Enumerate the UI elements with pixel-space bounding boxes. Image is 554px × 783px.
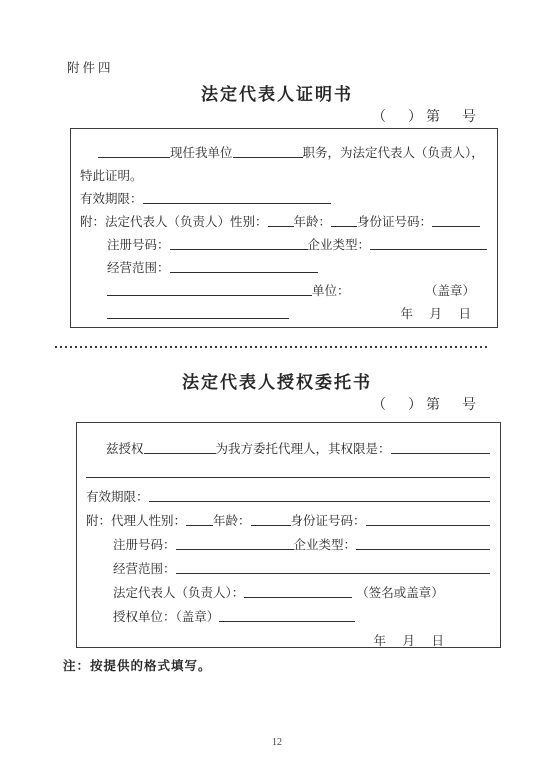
auth-line-scope: 经营范围： xyxy=(86,552,490,576)
unit-label: 单位： xyxy=(312,284,350,298)
auth-date-label: 年 月 日 xyxy=(373,634,490,648)
certificate-title: 法定代表人证明书 xyxy=(0,80,554,105)
gender-blank-field xyxy=(268,223,294,227)
cert-hereby-text: 特此证明。 xyxy=(80,169,143,183)
age-label: 年龄： xyxy=(294,215,332,229)
agent-name-blank-field xyxy=(144,450,216,454)
agent-gender-label: 代理人性别： xyxy=(111,514,186,528)
auth-line-unit: 授权单位：（盖章） xyxy=(86,600,490,624)
age-blank-field xyxy=(251,522,291,526)
age-blank-field xyxy=(331,223,357,227)
authorization-title: 法定代表人授权委托书 xyxy=(0,368,554,393)
gender-blank-field xyxy=(186,522,213,526)
reg-blank-field xyxy=(170,246,308,250)
gender-label: 法定代表人（负责人）性别： xyxy=(105,215,268,229)
dotted-separator xyxy=(55,346,490,348)
scope-blank-field xyxy=(176,570,490,574)
date-blank-field xyxy=(107,315,289,319)
note-text: 注：按提供的格式填写。 xyxy=(63,656,212,674)
auth-line-legal-rep: 法定代表人（负责人）： （签名或盖章） xyxy=(86,576,490,600)
cert-line-position: 现任我单位 职务，为法定代表人（负责人）， xyxy=(80,137,487,160)
validity-label: 有效期限： xyxy=(80,192,143,206)
auth-line-registration: 注册号码： 企业类型： xyxy=(86,528,490,552)
cert-line-validity: 有效期限： xyxy=(80,183,487,206)
reg-label: 注册号码： xyxy=(113,538,176,552)
validity-blank-field xyxy=(149,498,490,502)
auth-line-attachment: 附： 代理人性别： 年龄： 身份证号码： xyxy=(86,504,490,528)
auth-line-validity: 有效期限： xyxy=(86,480,490,504)
position-blank-field xyxy=(233,154,303,158)
seal-label: （盖章） xyxy=(425,284,487,298)
ent-type-label: 企业类型： xyxy=(308,238,371,252)
legal-rep-blank-field xyxy=(244,594,352,598)
ent-type-label: 企业类型： xyxy=(294,538,357,552)
sign-seal-label: （签名或盖章） xyxy=(352,586,444,600)
auth-line-grant: 兹授权 为我方委托代理人，其权限是： xyxy=(86,432,490,456)
authority-continuation-blank-field xyxy=(86,474,490,478)
scope-label: 经营范围： xyxy=(113,562,176,576)
age-label: 年龄： xyxy=(213,514,251,528)
auth-unit-label: 授权单位：（盖章） xyxy=(113,610,219,624)
cert-line-scope: 经营范围： xyxy=(80,252,487,275)
legal-rep-label: 法定代表人（负责人）： xyxy=(113,586,244,600)
auth-grant-pre: 兹授权 xyxy=(106,442,144,456)
validity-label: 有效期限： xyxy=(86,490,149,504)
id-blank-field xyxy=(432,223,480,227)
id-label: 身份证号码： xyxy=(291,514,366,528)
auth-unit-blank-field xyxy=(219,618,355,622)
cert-line1-mid: 现任我单位 xyxy=(170,146,233,160)
authorization-form-box: 兹授权 为我方委托代理人，其权限是： 有效期限： 附： 代理人性别： 年龄： 身… xyxy=(76,422,501,648)
attach-prefix: 附： xyxy=(80,215,105,229)
cert-line1-end: 职务，为法定代表人（负责人）， xyxy=(303,146,484,160)
unit-blank-field xyxy=(107,292,312,296)
cert-line-unit: 单位： （盖章） xyxy=(80,275,487,298)
page-number: 12 xyxy=(0,737,554,748)
reg-label: 注册号码： xyxy=(107,238,170,252)
certificate-form-box: 现任我单位 职务，为法定代表人（负责人）， 特此证明。 有效期限： 附： 法定代… xyxy=(70,128,498,328)
document-page: 附件四 法定代表人证明书 （ ）第 号 现任我单位 职务，为法定代表人（负责人）… xyxy=(0,0,554,783)
ent-type-blank-field xyxy=(356,546,490,550)
id-blank-field xyxy=(366,522,490,526)
cert-line-registration: 注册号码： 企业类型： xyxy=(80,229,487,252)
attach-prefix: 附： xyxy=(86,514,111,528)
scope-label: 经营范围： xyxy=(107,261,170,275)
cert-date-label: 年 月 日 xyxy=(400,307,487,321)
auth-line-continuation xyxy=(86,456,490,480)
ent-type-blank-field xyxy=(370,246,487,250)
name-blank-field xyxy=(98,154,170,158)
reg-blank-field xyxy=(176,546,294,550)
id-label: 身份证号码： xyxy=(357,215,432,229)
cert-line-hereby: 特此证明。 xyxy=(80,160,487,183)
auth-grant-mid: 为我方委托代理人，其权限是： xyxy=(216,442,391,456)
scope-blank-field xyxy=(170,269,318,273)
auth-line-date: 年 月 日 xyxy=(86,624,490,648)
attachment-label: 附件四 xyxy=(67,58,114,76)
validity-blank-field xyxy=(143,200,331,204)
cert-line-attachment: 附： 法定代表人（负责人）性别： 年龄： 身份证号码： xyxy=(80,206,487,229)
authorization-doc-number: （ ）第 号 xyxy=(372,394,480,414)
cert-line-date: 年 月 日 xyxy=(80,298,487,321)
certificate-doc-number: （ ）第 号 xyxy=(372,106,480,126)
authority-blank-field xyxy=(391,450,490,454)
